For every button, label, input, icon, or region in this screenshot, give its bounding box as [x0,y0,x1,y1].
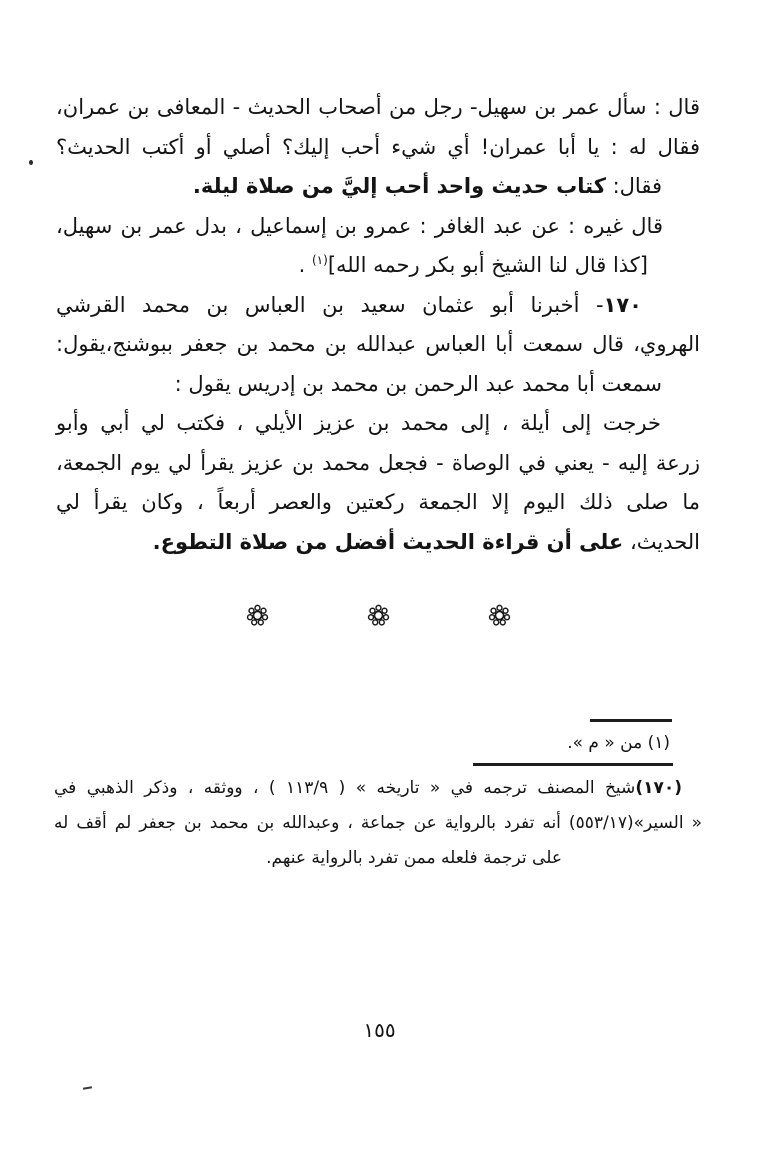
text-line: زرعة إليه - يعني في الوصاة - فجعل محمد ب… [56,444,700,484]
text-segment: خرجت إلى أيلة ، إلى محمد بن عزيز الأيلي … [56,411,661,435]
text-segment: زرعة إليه - يعني في الوصاة - فجعل محمد ب… [56,451,700,475]
text-line: ١٧٠- أخبرنا أبو عثمان سعيد بن العباس بن … [56,286,700,326]
flower-ornament-icon [367,604,390,627]
text-segment: الحديث، [623,530,700,554]
text-segment: فقال له : يا أبا عمران! أي شيء أحب إليك؟… [56,135,700,159]
text-line: الهروي، قال سمعت أبا العباس عبدالله بن م… [56,325,700,365]
text-segment: شيخ المصنف ترجمه في « تاريخه » ( ١١٣/٩ )… [54,778,635,798]
text-segment: (١٧٠) [635,778,682,798]
ornament-row [56,604,700,627]
text-segment: فقال: [606,174,662,198]
footnote-170: (١٧٠)شيخ المصنف ترجمه في « تاريخه » ( ١١… [54,771,702,876]
text-segment: [كذا قال لنا الشيخ أبو بكر رحمه الله] [328,253,648,277]
text-segment: كتاب حديث واحد أحب إليَّ من صلاة ليلة. [193,174,606,198]
text-segment: الهروي، قال سمعت أبا العباس عبدالله بن م… [56,332,700,356]
text-line: على ترجمة فلعله ممن تفرد بالرواية عنهم. [54,841,702,876]
text-line: خرجت إلى أيلة ، إلى محمد بن عزيز الأيلي … [56,404,700,444]
text-segment: على أن قراءة الحديث أفضل من صلاة التطوع. [153,530,624,554]
text-line: (١٧٠)شيخ المصنف ترجمه في « تاريخه » ( ١١… [54,771,702,806]
main-text: قال : سأل عمر بن سهيل- رجل من أصحاب الحد… [56,88,700,562]
text-line: فقال: كتاب حديث واحد أحب إليَّ من صلاة ل… [56,167,700,207]
text-segment: « السير»(٥٥٣/١٧) أنه تفرد بالرواية عن جم… [54,813,702,833]
text-line: فقال له : يا أبا عمران! أي شيء أحب إليك؟… [56,128,700,168]
text-line: « السير»(٥٥٣/١٧) أنه تفرد بالرواية عن جم… [54,806,702,841]
text-segment: ١٧٠ [604,293,642,317]
page-number: ١٥٥ [0,1018,759,1042]
scan-artifact-dot [29,160,33,165]
text-segment: . [299,253,312,277]
text-line: [كذا قال لنا الشيخ أبو بكر رحمه الله](١)… [56,246,700,286]
text-line: الحديث، على أن قراءة الحديث أفضل من صلاة… [56,523,700,563]
footnote-separator-short [590,719,672,722]
flower-ornament-icon [246,604,269,627]
text-segment: سمعت أبا محمد عبد الرحمن بن محمد بن إدري… [175,372,662,396]
text-segment: ما صلى ذلك اليوم إلا الجمعة ركعتين والعص… [56,490,700,514]
text-segment: - أخبرنا أبو عثمان سعيد بن العباس بن محم… [56,293,604,317]
footnote-1: (١) من « م ». [56,726,700,761]
text-segment: قال غيره : عن عبد الغافر : عمرو بن إسماع… [56,214,663,238]
flower-ornament-icon [488,604,511,627]
scan-artifact-mark [83,1086,92,1090]
text-segment: على ترجمة فلعله ممن تفرد بالرواية عنهم. [266,848,562,868]
text-line: سمعت أبا محمد عبد الرحمن بن محمد بن إدري… [56,365,700,405]
text-line: قال : سأل عمر بن سهيل- رجل من أصحاب الحد… [56,88,700,128]
footnote-separator-long [473,763,673,766]
footnote-reference: (١) [312,253,328,267]
text-line: قال غيره : عن عبد الغافر : عمرو بن إسماع… [56,207,700,247]
footnote-1-text: (١) من « م ». [567,733,670,753]
text-segment: قال : سأل عمر بن سهيل- رجل من أصحاب الحد… [56,95,700,119]
text-line: ما صلى ذلك اليوم إلا الجمعة ركعتين والعص… [56,483,700,523]
book-page: { "document": { "language": "العربية", "… [0,0,759,1155]
